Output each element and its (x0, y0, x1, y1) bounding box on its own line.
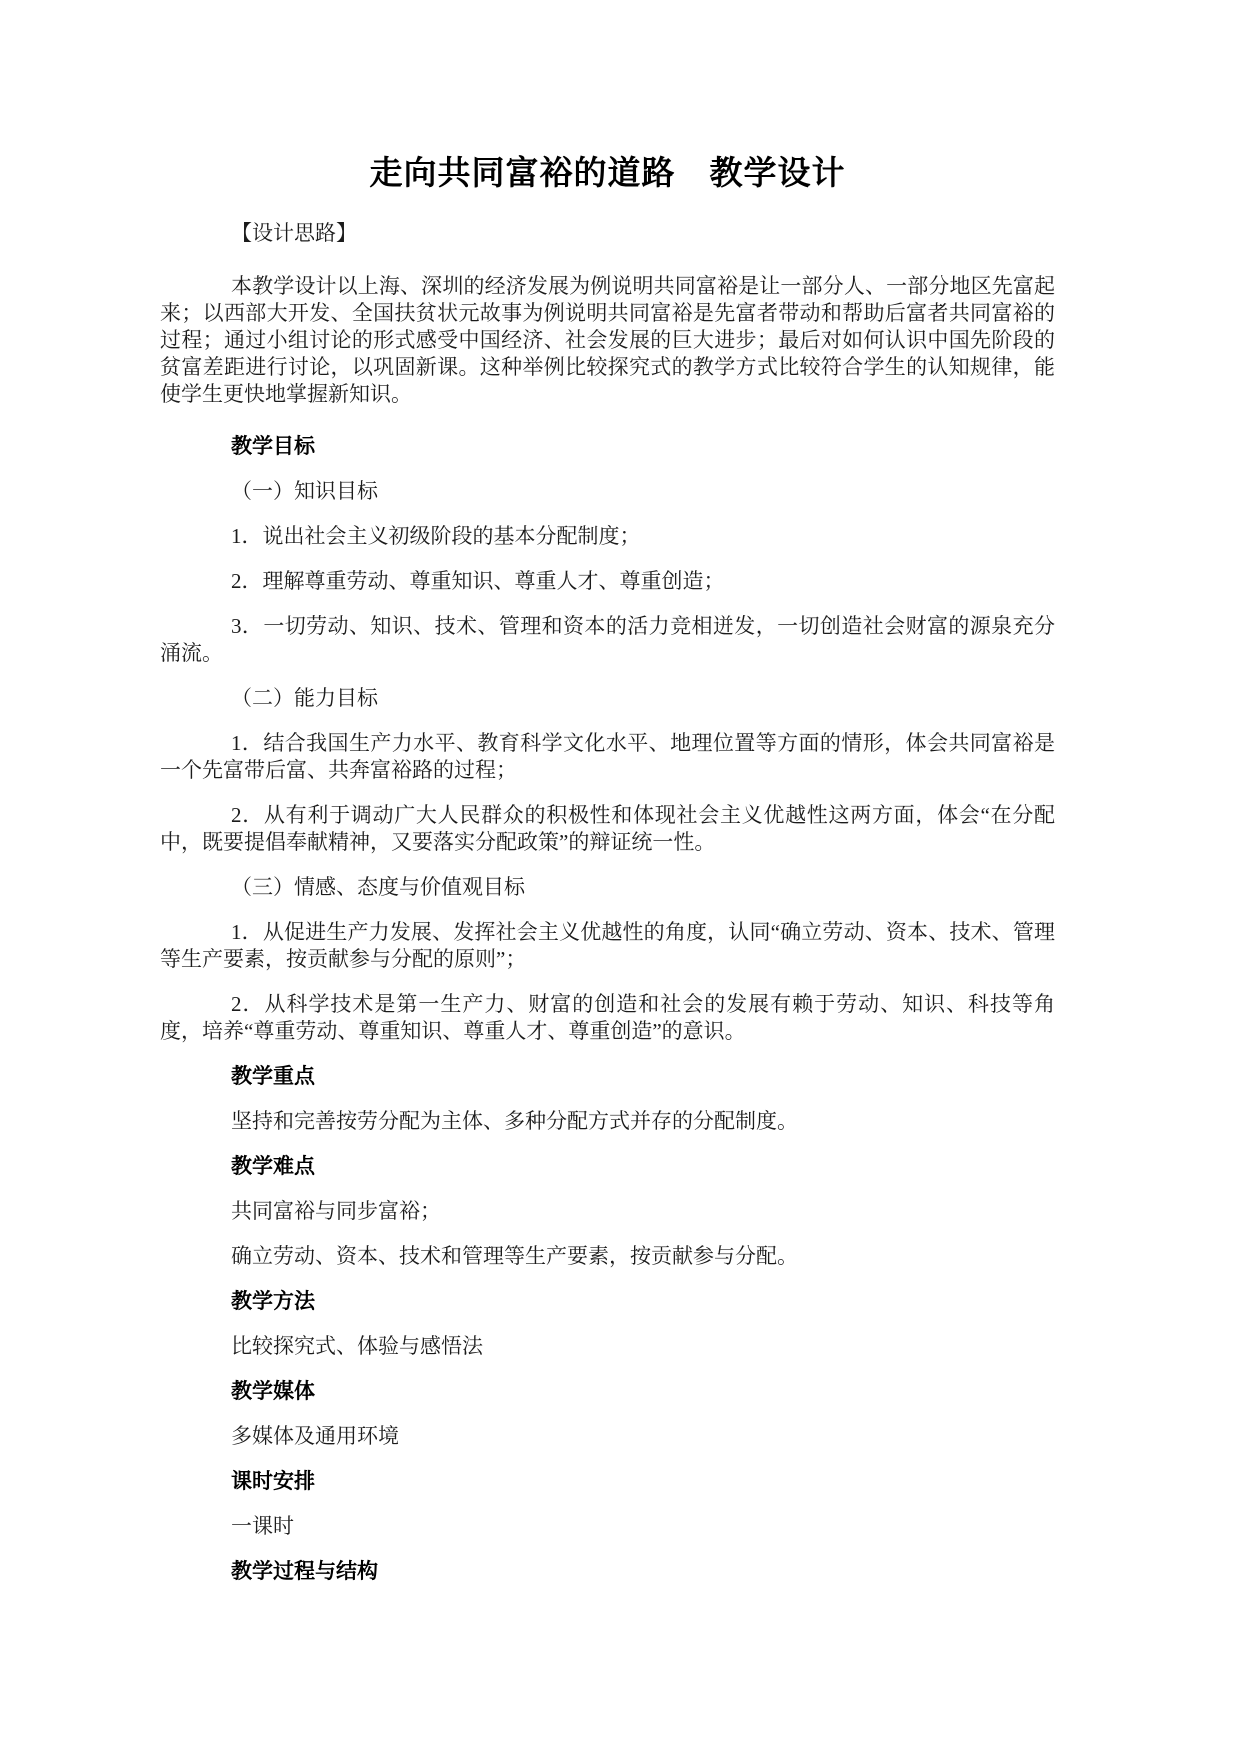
document-title: 走向共同富裕的道路 教学设计 (160, 150, 1055, 196)
teaching-goals-heading: 教学目标 (160, 433, 1055, 460)
difficulty-heading: 教学难点 (160, 1153, 1055, 1180)
knowledge-goal-item-3: 3．一切劳动、知识、技术、管理和资本的活力竞相迸发，一切创造社会财富的源泉充分涌… (160, 613, 1055, 667)
knowledge-goal-item-2: 2．理解尊重劳动、尊重知识、尊重人才、尊重创造； (160, 568, 1055, 595)
teaching-process-heading: 教学过程与结构 (160, 1558, 1055, 1585)
design-idea-paragraph: 本教学设计以上海、深圳的经济发展为例说明共同富裕是让一部分人、一部分地区先富起来… (160, 273, 1055, 408)
document-page: 走向共同富裕的道路 教学设计 【设计思路】 本教学设计以上海、深圳的经济发展为例… (0, 0, 1241, 1754)
teaching-media-heading: 教学媒体 (160, 1378, 1055, 1405)
emotion-goals-subheading: （三）情感、态度与价值观目标 (160, 874, 1055, 901)
class-schedule-heading: 课时安排 (160, 1468, 1055, 1495)
class-schedule-text: 一课时 (160, 1513, 1055, 1540)
teaching-method-text: 比较探究式、体验与感悟法 (160, 1333, 1055, 1360)
key-point-text: 坚持和完善按劳分配为主体、多种分配方式并存的分配制度。 (160, 1108, 1055, 1135)
key-point-heading: 教学重点 (160, 1063, 1055, 1090)
knowledge-goals-subheading: （一）知识目标 (160, 478, 1055, 505)
difficulty-item-1: 共同富裕与同步富裕； (160, 1198, 1055, 1225)
ability-goal-item-2: 2．从有利于调动广大人民群众的积极性和体现社会主义优越性这两方面，体会“在分配中… (160, 802, 1055, 856)
emotion-goal-item-2: 2．从科学技术是第一生产力、财富的创造和社会的发展有赖于劳动、知识、科技等角度，… (160, 991, 1055, 1045)
ability-goal-item-1: 1．结合我国生产力水平、教育科学文化水平、地理位置等方面的情形，体会共同富裕是一… (160, 730, 1055, 784)
teaching-media-text: 多媒体及通用环境 (160, 1423, 1055, 1450)
design-idea-heading: 【设计思路】 (160, 220, 1055, 247)
difficulty-item-2: 确立劳动、资本、技术和管理等生产要素，按贡献参与分配。 (160, 1243, 1055, 1270)
knowledge-goal-item-1: 1．说出社会主义初级阶段的基本分配制度； (160, 523, 1055, 550)
teaching-method-heading: 教学方法 (160, 1288, 1055, 1315)
ability-goals-subheading: （二）能力目标 (160, 685, 1055, 712)
emotion-goal-item-1: 1．从促进生产力发展、发挥社会主义优越性的角度，认同“确立劳动、资本、技术、管理… (160, 919, 1055, 973)
